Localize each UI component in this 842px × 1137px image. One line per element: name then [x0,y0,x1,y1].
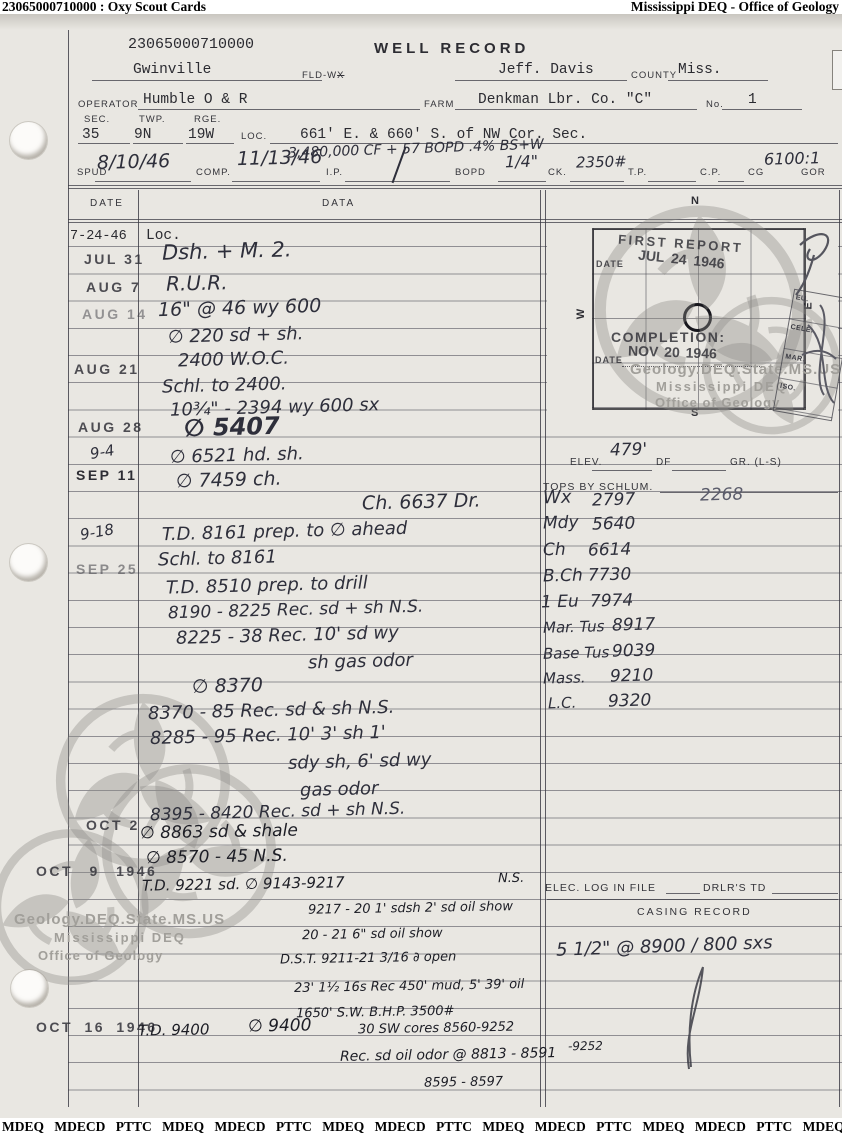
log-entry: 2400 W.O.C. [178,348,290,372]
twp-underline [133,143,183,144]
log-entry: ∅ 6521 hd. sh. [170,443,304,467]
sec-label: SEC. [84,114,110,125]
completion-date-label: DATE [595,355,623,365]
log-entry: ∅ 9400 [248,1015,312,1036]
elev-gr-label: GR. (L-S) [730,457,782,468]
loc-label: LOC. [241,131,267,142]
log-date-stamp: SEP 11 [76,467,137,483]
top-name: Mass. [543,668,586,687]
ip-label: I.P. [326,167,343,178]
sec-underline [78,143,130,144]
top-depth: 9039 [612,640,656,661]
county-underline [455,80,627,81]
farm-label: FARM [424,99,454,110]
tp-label: T.P. [628,167,647,178]
log-date-stamp: JUL 31 [84,251,145,267]
log-entry: ∅ 5407 [184,412,280,442]
top-name: L.C. [548,694,577,713]
top-depth: 5640 [592,513,636,534]
elev-label: ELEV. [570,457,602,468]
bopd-underline [498,181,546,182]
elev-df-label: DF [656,457,671,468]
log-entry: 30 SW cores 8560-9252 [358,1020,514,1038]
farm-value: Denkman Lbr. Co. "C" [478,92,652,108]
card-title: WELL RECORD [374,40,529,57]
cp-label: C.P. [700,167,721,178]
top-depth: 6614 [588,539,632,560]
field-underline [92,80,322,81]
top-name: Mar. Tus [543,617,605,637]
log-date-stamp: AUG 28 [78,419,144,435]
ck-underline [570,181,624,182]
log-entry: Schl. to 2400. [162,373,287,397]
log-date-stamp: AUG 14 [82,306,148,322]
elec-log-line [666,893,700,894]
drlrs-td-line [772,893,838,894]
punch-hole [10,122,47,159]
elev-value: 479' [610,440,648,461]
completion-date-stamp: NOV 20 1946 [628,342,717,361]
cg-value: 6100:1 [764,148,821,168]
punch-hole [10,544,47,581]
well-no-value: 1 [748,92,757,108]
top-name: 1 Eu [541,592,579,613]
log-date: 7-24-46 [70,229,127,244]
top-depth: 8917 [612,614,656,635]
top-name: B.Ch [543,565,583,586]
comp-value: 11/13/46 [237,146,323,170]
spud-underline [95,181,191,182]
first-report-date-label: DATE [596,259,624,269]
field-value: Gwinville [133,62,211,78]
state-underline [668,80,768,81]
log-date-stamp: AUG 21 [74,361,140,377]
comp-label: COMP. [196,167,231,178]
scan-edge-box [832,50,842,90]
spud-value: 8/10/46 [97,150,171,174]
log-entry: 20 - 21 6" sd oil show [302,926,443,943]
elev-df-underline [672,470,726,471]
top-name: Ch [543,540,566,561]
elec-log-label: ELEC. LOG IN FILE [545,882,656,894]
punch-hole [11,970,48,1007]
operator-label: OPERATOR [78,99,138,110]
twp-value: 9N [134,127,151,143]
cg-label: CG [748,167,764,178]
bopd-value: 1/4" [505,152,539,172]
log-entry: ∅ 8570 - 45 N.S. [146,846,288,868]
data-column-divider-a [540,190,541,1107]
page-header-right: Mississippi DEQ - Office of Geology [631,0,839,15]
log-date-stamp: AUG 7 [86,279,141,295]
watermark-deq: Mississippi DEQ [656,379,788,394]
drlrs-td-label: DRLR'S TD [703,882,766,894]
watermark-url: Geology.DEQ.State.MS.US [14,911,225,928]
log-entry: ∅ 8863 sd & shale [140,821,298,844]
bopd-label: BOPD [455,167,486,178]
watermark-deq: Mississippi DEQ [54,930,186,945]
farm-underline [455,109,697,110]
top-depth: 9320 [608,690,652,711]
top-depth: 9210 [610,665,654,686]
log-entry: ∅ 220 sd + sh. [168,323,304,348]
comp-underline [232,181,320,182]
state-value: Miss. [678,62,722,78]
ip-underline [345,181,450,182]
data-column-header: DATA [322,198,355,209]
top-name: Mdy [543,513,579,534]
header-separator-2 [68,188,842,189]
log-date-stamp: OCT 9 1946 [36,863,157,879]
log-entry: Ch. 6637 Dr. [362,489,481,514]
twp-label: TWP. [139,114,166,125]
watermark-office: Office of Geology [655,395,780,410]
log-entry: 8595 - 8597 [424,1074,503,1090]
log-entry: gas odor [300,778,379,801]
header-separator-1 [68,185,842,186]
log-date-stamp: SEP 25 [76,561,138,577]
log-entry: R.U.R. [166,270,228,296]
sec-value: 35 [82,127,99,143]
log-entry: 1650' S.W. B.H.P. 3500# [296,1004,455,1022]
log-date-stamp: OCT 2 [86,817,140,833]
top-depth: 2797 [592,489,636,510]
top-depth-alt: 2268 [700,484,744,505]
log-entry: 16" @ 46 wy 600 [158,295,322,321]
signature-scribble [790,225,842,425]
rge-value: 19W [188,127,214,143]
gor-label: GOR [801,167,826,178]
log-entry: Dsh. + M. 2. [162,237,292,264]
elec-section-rule [547,899,838,900]
tp-underline [648,181,696,182]
log-entry: sh gas odor [308,650,413,674]
log-entry: D.S.T. 9211-21 3/16 ∂ open [280,949,457,967]
rge-underline [186,143,234,144]
top-depth: 7974 [590,590,634,611]
log-entry: T.D. 9221 sd. ∅ 9143-9217 [142,873,345,895]
county-value: Jeff. Davis [498,62,594,78]
top-depth: 7730 [588,564,632,585]
top-name: Wx [543,487,572,509]
log-entry: ∅ 7459 ch. [176,468,282,493]
rge-label: RGE. [194,114,221,125]
field-label-struck: X [337,70,344,81]
log-entry: sdy sh, 6' sd wy [288,749,432,774]
pen-stroke [675,965,715,1075]
cp-underline [718,181,744,182]
log-entry: T.D. 9400 [138,1020,210,1039]
ck-value: 2350# [576,152,627,171]
operator-underline [138,109,420,110]
elev-underline [592,470,652,471]
log-entry: N.S. [498,871,525,886]
log-entry: -9252 [568,1039,603,1054]
top-name: Base Tus [543,643,610,663]
api-number: 23065000710000 [128,36,254,53]
well-no-underline [722,109,802,110]
watermark-office: Office of Geology [38,948,163,963]
page-header-left: 23065000710000 : Oxy Scout Cards [2,0,206,15]
ck-label: CK. [548,167,567,178]
casing-record-label: CASING RECORD [637,906,752,918]
tops-label-line [660,492,838,493]
log-entry: ∅ 8370 [192,674,264,698]
scan-shadow-band [0,14,842,30]
footer-text: MDEQ MDECD PTTC MDEQ MDECD PTTC MDEQ MDE… [2,1119,842,1135]
log-entry: Schl. to 8161 [158,546,277,570]
operator-value: Humble O & R [143,92,247,108]
date-column-header: DATE [90,198,124,209]
